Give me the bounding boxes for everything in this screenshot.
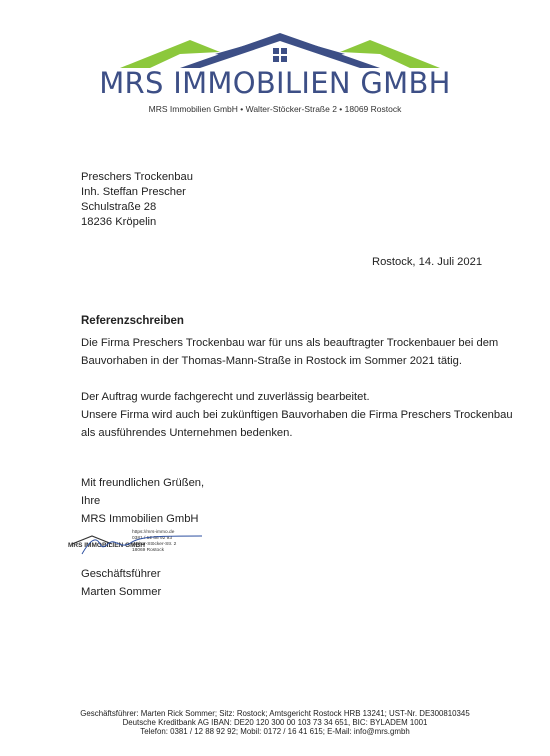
company-stamp: MRS IMMOBILIEN GMBH https://mrs-immo.de … bbox=[62, 530, 212, 560]
letter-date: Rostock, 14. Juli 2021 bbox=[372, 256, 482, 268]
body-paragraph-2-line-3: als ausführendes Unternehmen bedenken. bbox=[81, 427, 292, 439]
sender-address-line: MRS Immobilien GmbH • Walter-Stöcker-Str… bbox=[0, 104, 550, 114]
recipient-street: Schulstraße 28 bbox=[81, 200, 156, 215]
body-paragraph-2-line-2: Unsere Firma wird auch bei zukünftigen B… bbox=[81, 409, 513, 421]
letter-subject: Referenzschreiben bbox=[81, 315, 184, 327]
footer-legal-line: Geschäftsführer: Marten Rick Sommer; Sit… bbox=[0, 709, 550, 718]
signer-role: Geschäftsführer bbox=[81, 568, 161, 580]
closing-company: MRS Immobilien GmbH bbox=[81, 513, 199, 525]
closing-greeting: Mit freundlichen Grüßen, bbox=[81, 477, 204, 489]
signer-name: Marten Sommer bbox=[81, 586, 161, 598]
closing-ihre: Ihre bbox=[81, 495, 100, 507]
recipient-city: 18236 Kröpelin bbox=[81, 215, 156, 230]
signature-icon bbox=[62, 530, 212, 560]
body-paragraph-2-line-1: Der Auftrag wurde fachgerecht und zuverl… bbox=[81, 391, 370, 403]
footer-bank-line: Deutsche Kreditbank AG IBAN: DE20 120 30… bbox=[0, 718, 550, 727]
body-paragraph-1-line-2: Bauvorhaben in der Thomas-Mann-Straße in… bbox=[81, 355, 462, 367]
recipient-owner: Inh. Steffan Prescher bbox=[81, 185, 186, 200]
recipient-name: Preschers Trockenbau bbox=[81, 170, 193, 185]
footer-contact-line: Telefon: 0381 / 12 88 92 92; Mobil: 0172… bbox=[0, 727, 550, 736]
company-brand-name: MRS IMMOBILIEN GMBH bbox=[0, 66, 550, 100]
body-paragraph-1-line-1: Die Firma Preschers Trockenbau war für u… bbox=[81, 337, 498, 349]
